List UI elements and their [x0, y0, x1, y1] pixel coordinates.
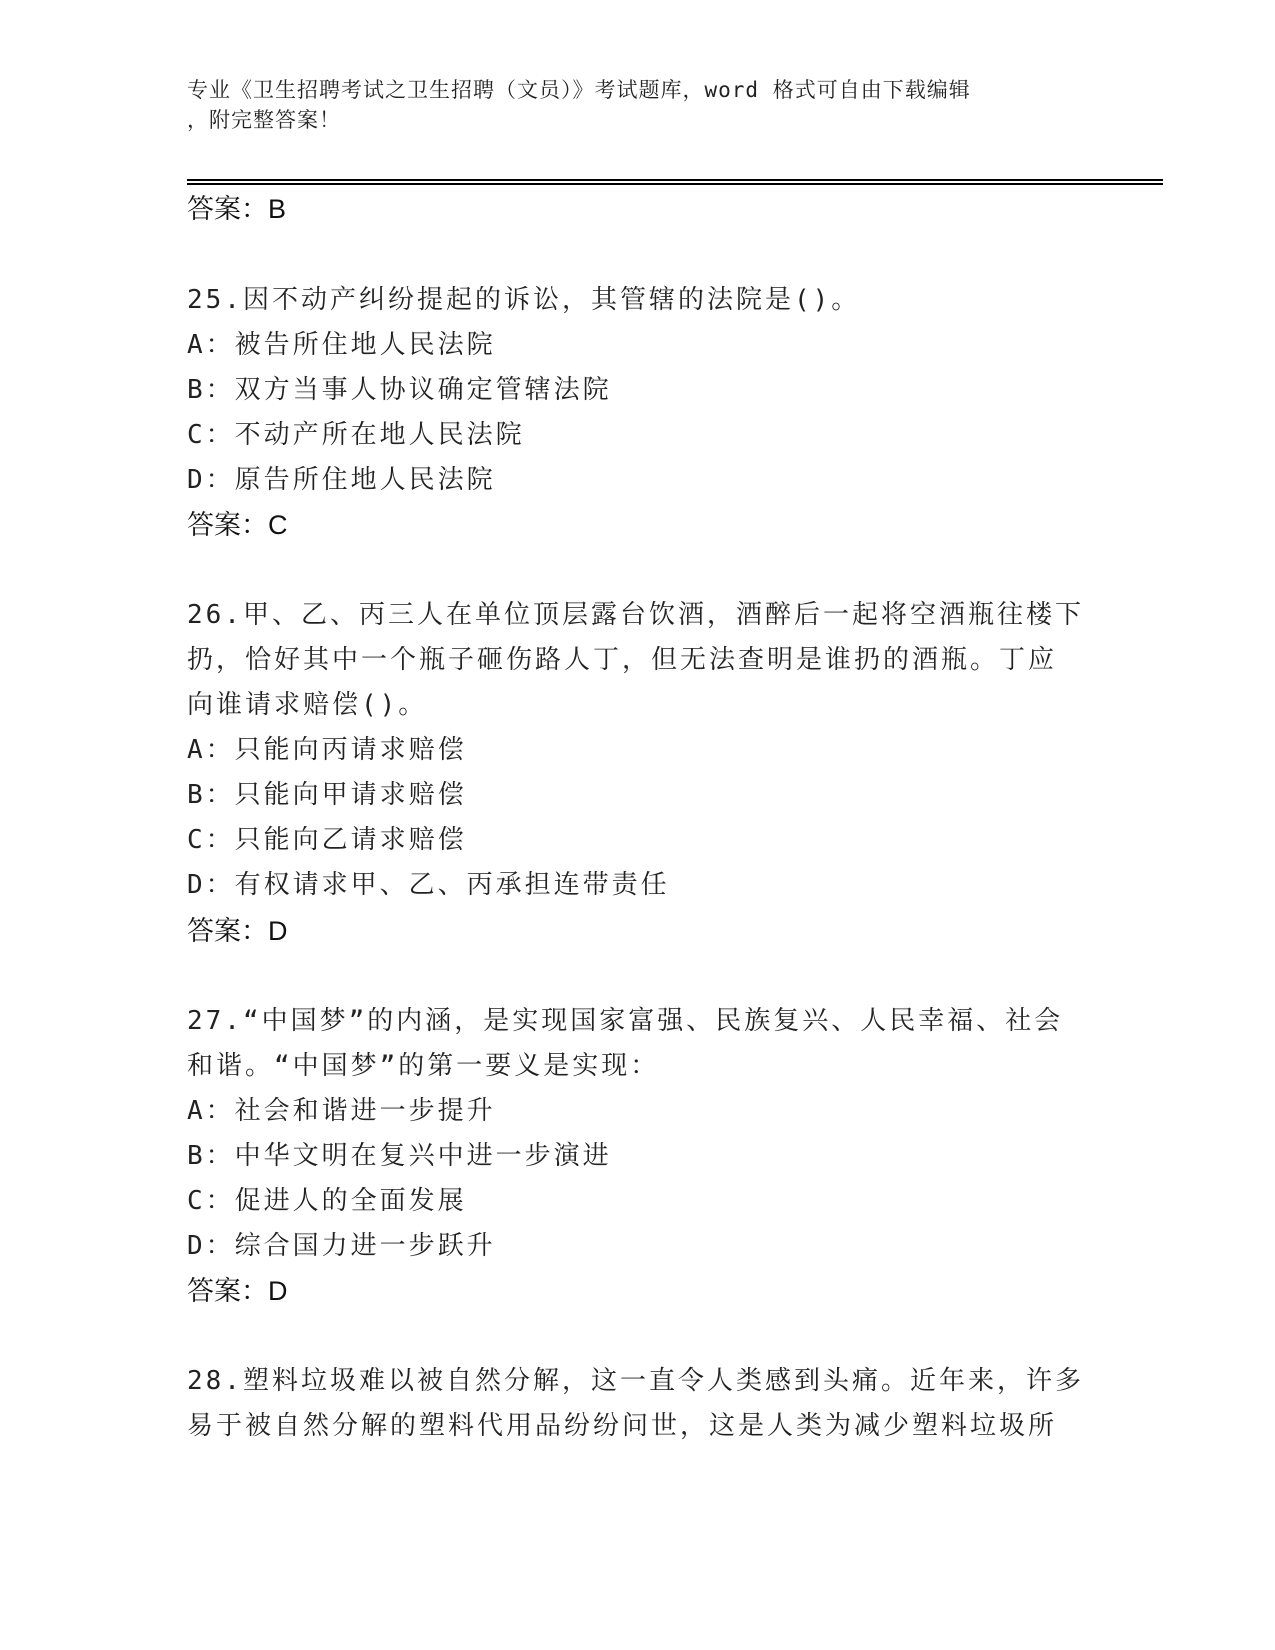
question-stem-line-1: 27.“中国梦”的内涵，是实现国家富强、民族复兴、人民幸福、社会: [187, 1005, 1063, 1037]
question-stem-line-3: 向谁请求赔偿()。: [187, 689, 427, 721]
header-rule-bottom: [187, 183, 1163, 185]
answer: 答案：D: [187, 1275, 288, 1307]
option-c: C：不动产所在地人民法院: [187, 419, 525, 451]
option-b: B：双方当事人协议确定管辖法院: [187, 374, 612, 406]
option-b: B：只能向甲请求赔偿: [187, 779, 467, 811]
option-a: A：被告所住地人民法院: [187, 329, 496, 361]
option-b: B：中华文明在复兴中进一步演进: [187, 1140, 612, 1172]
option-a: A：社会和谐进一步提升: [187, 1095, 496, 1127]
document-header-line-2: ，附完整答案！: [187, 104, 341, 136]
option-c: C：促进人的全面发展: [187, 1185, 467, 1217]
option-d: D：综合国力进一步跃升: [187, 1230, 496, 1262]
question-stem-line-1: 28.塑料垃圾难以被自然分解，这一直令人类感到头痛。近年来，许多: [187, 1365, 1084, 1397]
question-stem-line-2: 扔，恰好其中一个瓶子砸伤路人丁，但无法查明是谁扔的酒瓶。丁应: [187, 644, 1057, 676]
header-rule-top: [187, 179, 1163, 181]
option-c: C：只能向乙请求赔偿: [187, 824, 467, 856]
document-page: 专业《卫生招聘考试之卫生招聘（文员）》考试题库，word 格式可自由下载编辑 ，…: [0, 0, 1275, 1650]
answer: 答案：D: [187, 915, 288, 947]
question-stem-line-2: 易于被自然分解的塑料代用品纷纷问世，这是人类为减少塑料垃圾所: [187, 1410, 1057, 1442]
option-d: D：原告所住地人民法院: [187, 464, 496, 496]
option-d: D：有权请求甲、乙、丙承担连带责任: [187, 869, 670, 901]
document-header-line-1: 专业《卫生招聘考试之卫生招聘（文员）》考试题库，word 格式可自由下载编辑: [187, 74, 971, 106]
previous-answer: 答案：B: [187, 193, 286, 225]
answer: 答案：C: [187, 509, 288, 541]
option-a: A：只能向丙请求赔偿: [187, 734, 467, 766]
question-stem-line-2: 和谐。“中国梦”的第一要义是实现：: [187, 1050, 659, 1082]
question-stem: 25.因不动产纠纷提起的诉讼，其管辖的法院是()。: [187, 284, 860, 316]
question-stem-line-1: 26.甲、乙、丙三人在单位顶层露台饮酒，酒醉后一起将空酒瓶往楼下: [187, 599, 1084, 631]
